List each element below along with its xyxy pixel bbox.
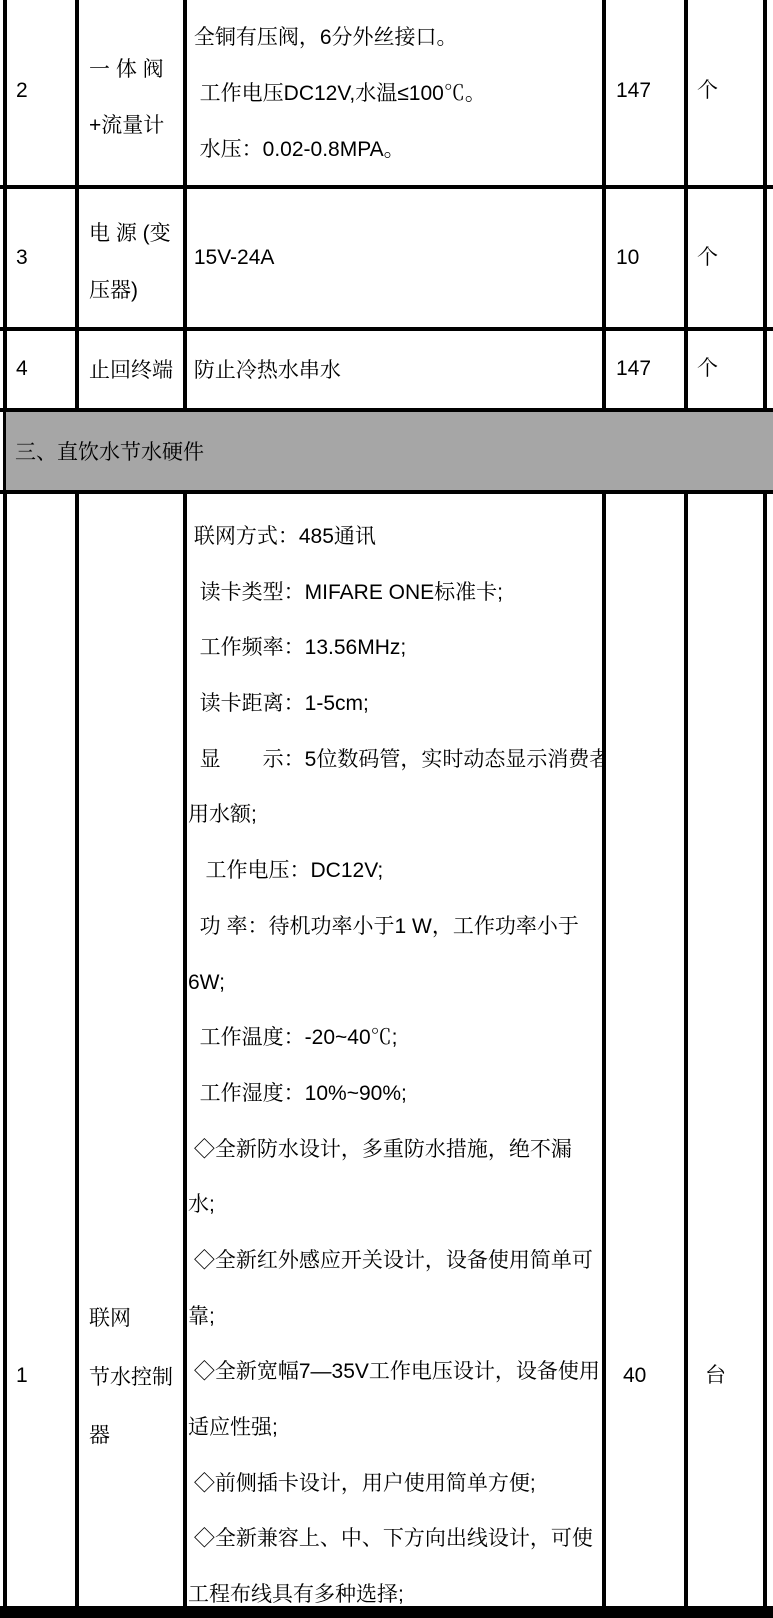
col2-divider-bottom — [183, 494, 187, 1618]
row3-unit: 个 — [697, 229, 718, 286]
row1-description: 联网方式：485通讯 读卡类型：MIFARE ONE标准卡; 工作频率：13.5… — [188, 509, 602, 1618]
col2-divider-top — [183, 0, 187, 408]
section-header-bottom-border — [0, 490, 773, 494]
row3-quantity: 10 — [616, 229, 639, 286]
row3-bottom-border — [0, 327, 773, 331]
row1-unit: 台 — [705, 1348, 726, 1403]
section-header-label: 三、直饮水节水硬件 — [15, 425, 204, 481]
row3-description: 15V-24A — [188, 229, 602, 286]
col3-divider-top — [602, 0, 606, 408]
row2-quantity: 147 — [616, 63, 651, 119]
row4-item-name: 止回终端 — [89, 343, 173, 398]
row4-number: 4 — [16, 341, 28, 396]
col3-divider-bottom — [602, 494, 606, 1618]
table-left-border — [3, 0, 7, 1618]
row2-description: 全铜有压阀，6分外丝接口。 工作电压DC12V,水温≤100℃。 水压：0.02… — [188, 10, 602, 178]
document-page: 2 一 体 阀+流量计 全铜有压阀，6分外丝接口。 工作电压DC12V,水温≤1… — [0, 0, 773, 1618]
table-right-border-bottom — [763, 494, 767, 1618]
col1-divider-bottom — [75, 494, 79, 1618]
row1-item-name: 联网节水控制器 — [89, 1290, 173, 1466]
row2-bottom-border — [0, 185, 773, 189]
row1-quantity: 40 — [623, 1348, 646, 1403]
col4-divider-top — [684, 0, 688, 408]
col4-divider-bottom — [684, 494, 688, 1618]
row4-quantity: 147 — [616, 341, 651, 396]
row3-number: 3 — [16, 229, 28, 286]
row4-unit: 个 — [697, 341, 718, 396]
row4-description: 防止冷热水串水 — [188, 343, 602, 398]
row1-number: 1 — [16, 1348, 28, 1403]
row3-item-name: 电 源 (变压器) — [89, 205, 171, 319]
row2-item-name: 一 体 阀+流量计 — [89, 42, 164, 154]
row2-number: 2 — [16, 63, 28, 119]
col1-divider-top — [75, 0, 79, 408]
table-right-border-top — [763, 0, 767, 408]
row2-unit: 个 — [697, 63, 718, 119]
